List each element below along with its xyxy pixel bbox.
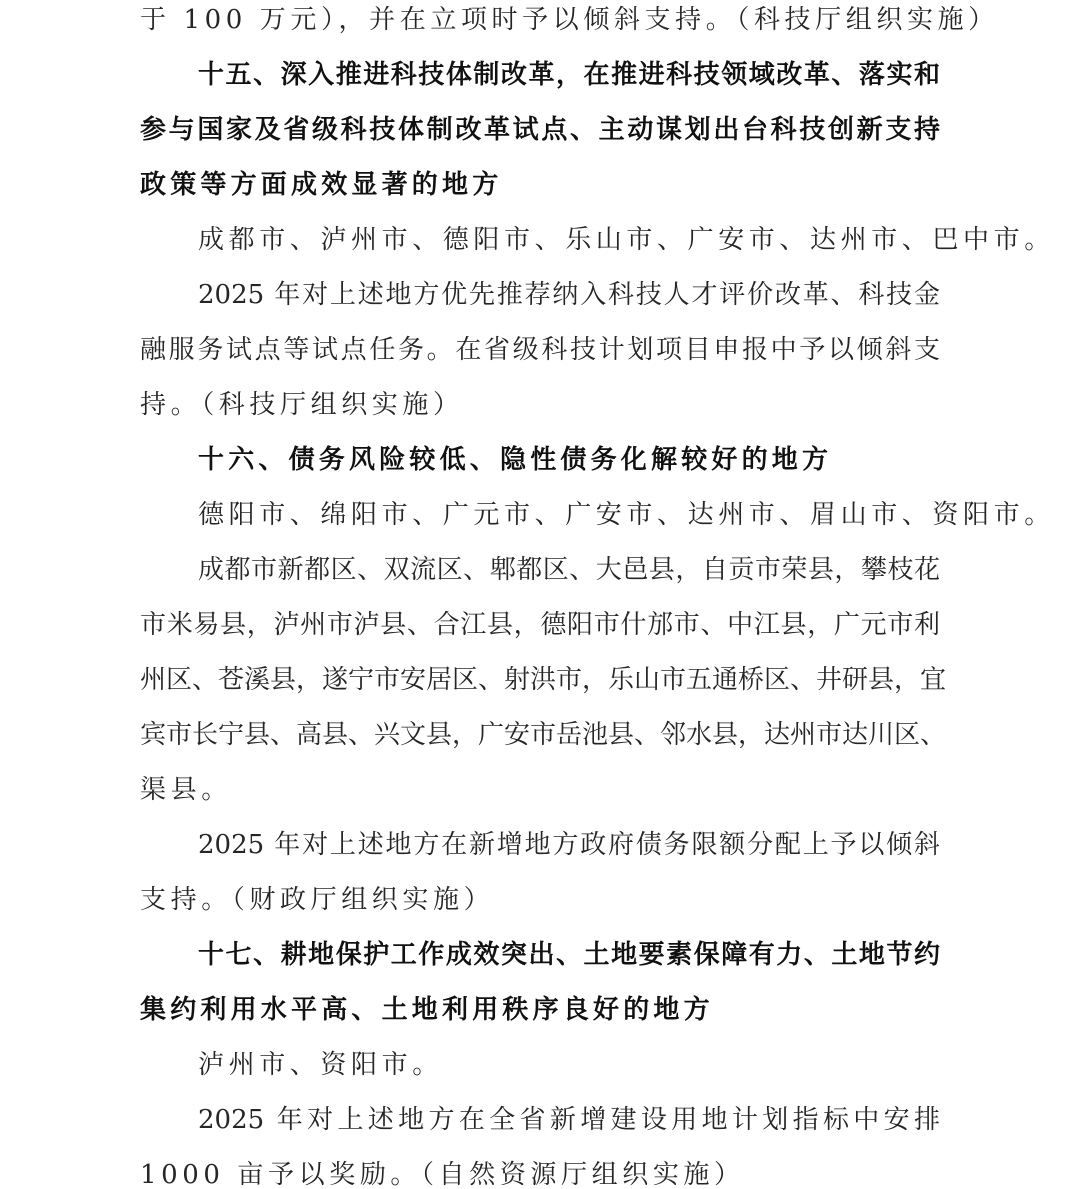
section-heading-16: 十六、债务风险较低、隐性债务化解较好的地方 — [198, 440, 940, 480]
section-heading-15-line-3: 政策等方面成效显著的地方 — [140, 165, 940, 205]
section-16-counties-line-5: 渠县。 — [140, 770, 940, 810]
section-15-measure-line-1: 2025 年对上述地方优先推荐纳入科技人才评价改革、科技金 — [198, 275, 940, 315]
section-heading-17-line-2: 集约利用水平高、土地利用秩序良好的地方 — [140, 990, 940, 1030]
section-16-counties-line-1: 成都市新都区、双流区、郫都区、大邑县，自贡市荣县，攀枝花 — [198, 550, 940, 590]
section-17-measure-line-1: 2025 年对上述地方在全省新增建设用地计划指标中安排 — [198, 1100, 940, 1140]
section-17-measure-line-2: 1000 亩予以奖励。（自然资源厅组织实施） — [140, 1155, 940, 1189]
body-line-continuation: 于 100 万元），并在立项时予以倾斜支持。（科技厅组织实施） — [140, 0, 940, 40]
section-15-measure-line-3: 持。（科技厅组织实施） — [140, 385, 940, 425]
section-16-measure-line-2: 支持。（财政厅组织实施） — [140, 880, 940, 920]
section-heading-17-line-1: 十七、耕地保护工作成效突出、土地要素保障有力、土地节约 — [198, 935, 940, 975]
section-15-cities: 成都市、泸州市、德阳市、乐山市、广安市、达州市、巴中市。 — [198, 220, 940, 260]
document-page: 于 100 万元），并在立项时予以倾斜支持。（科技厅组织实施） 十五、深入推进科… — [0, 0, 1080, 1189]
section-heading-15-line-1: 十五、深入推进科技体制改革，在推进科技领域改革、落实和 — [198, 55, 940, 95]
section-17-cities: 泸州市、资阳市。 — [198, 1045, 940, 1085]
section-16-cities: 德阳市、绵阳市、广元市、广安市、达州市、眉山市、资阳市。 — [198, 495, 940, 535]
section-16-counties-line-2: 市米易县，泸州市泸县、合江县，德阳市什邡市、中江县，广元市利 — [140, 605, 940, 645]
section-16-counties-line-3: 州区、苍溪县，遂宁市安居区、射洪市，乐山市五通桥区、井研县，宜 — [140, 660, 940, 700]
section-16-counties-line-4: 宾市长宁县、高县、兴文县，广安市岳池县、邻水县，达州市达川区、 — [140, 715, 940, 755]
section-16-measure-line-1: 2025 年对上述地方在新增地方政府债务限额分配上予以倾斜 — [198, 825, 940, 865]
section-heading-15-line-2: 参与国家及省级科技体制改革试点、主动谋划出台科技创新支持 — [140, 110, 940, 150]
section-15-measure-line-2: 融服务试点等试点任务。在省级科技计划项目申报中予以倾斜支 — [140, 330, 940, 370]
